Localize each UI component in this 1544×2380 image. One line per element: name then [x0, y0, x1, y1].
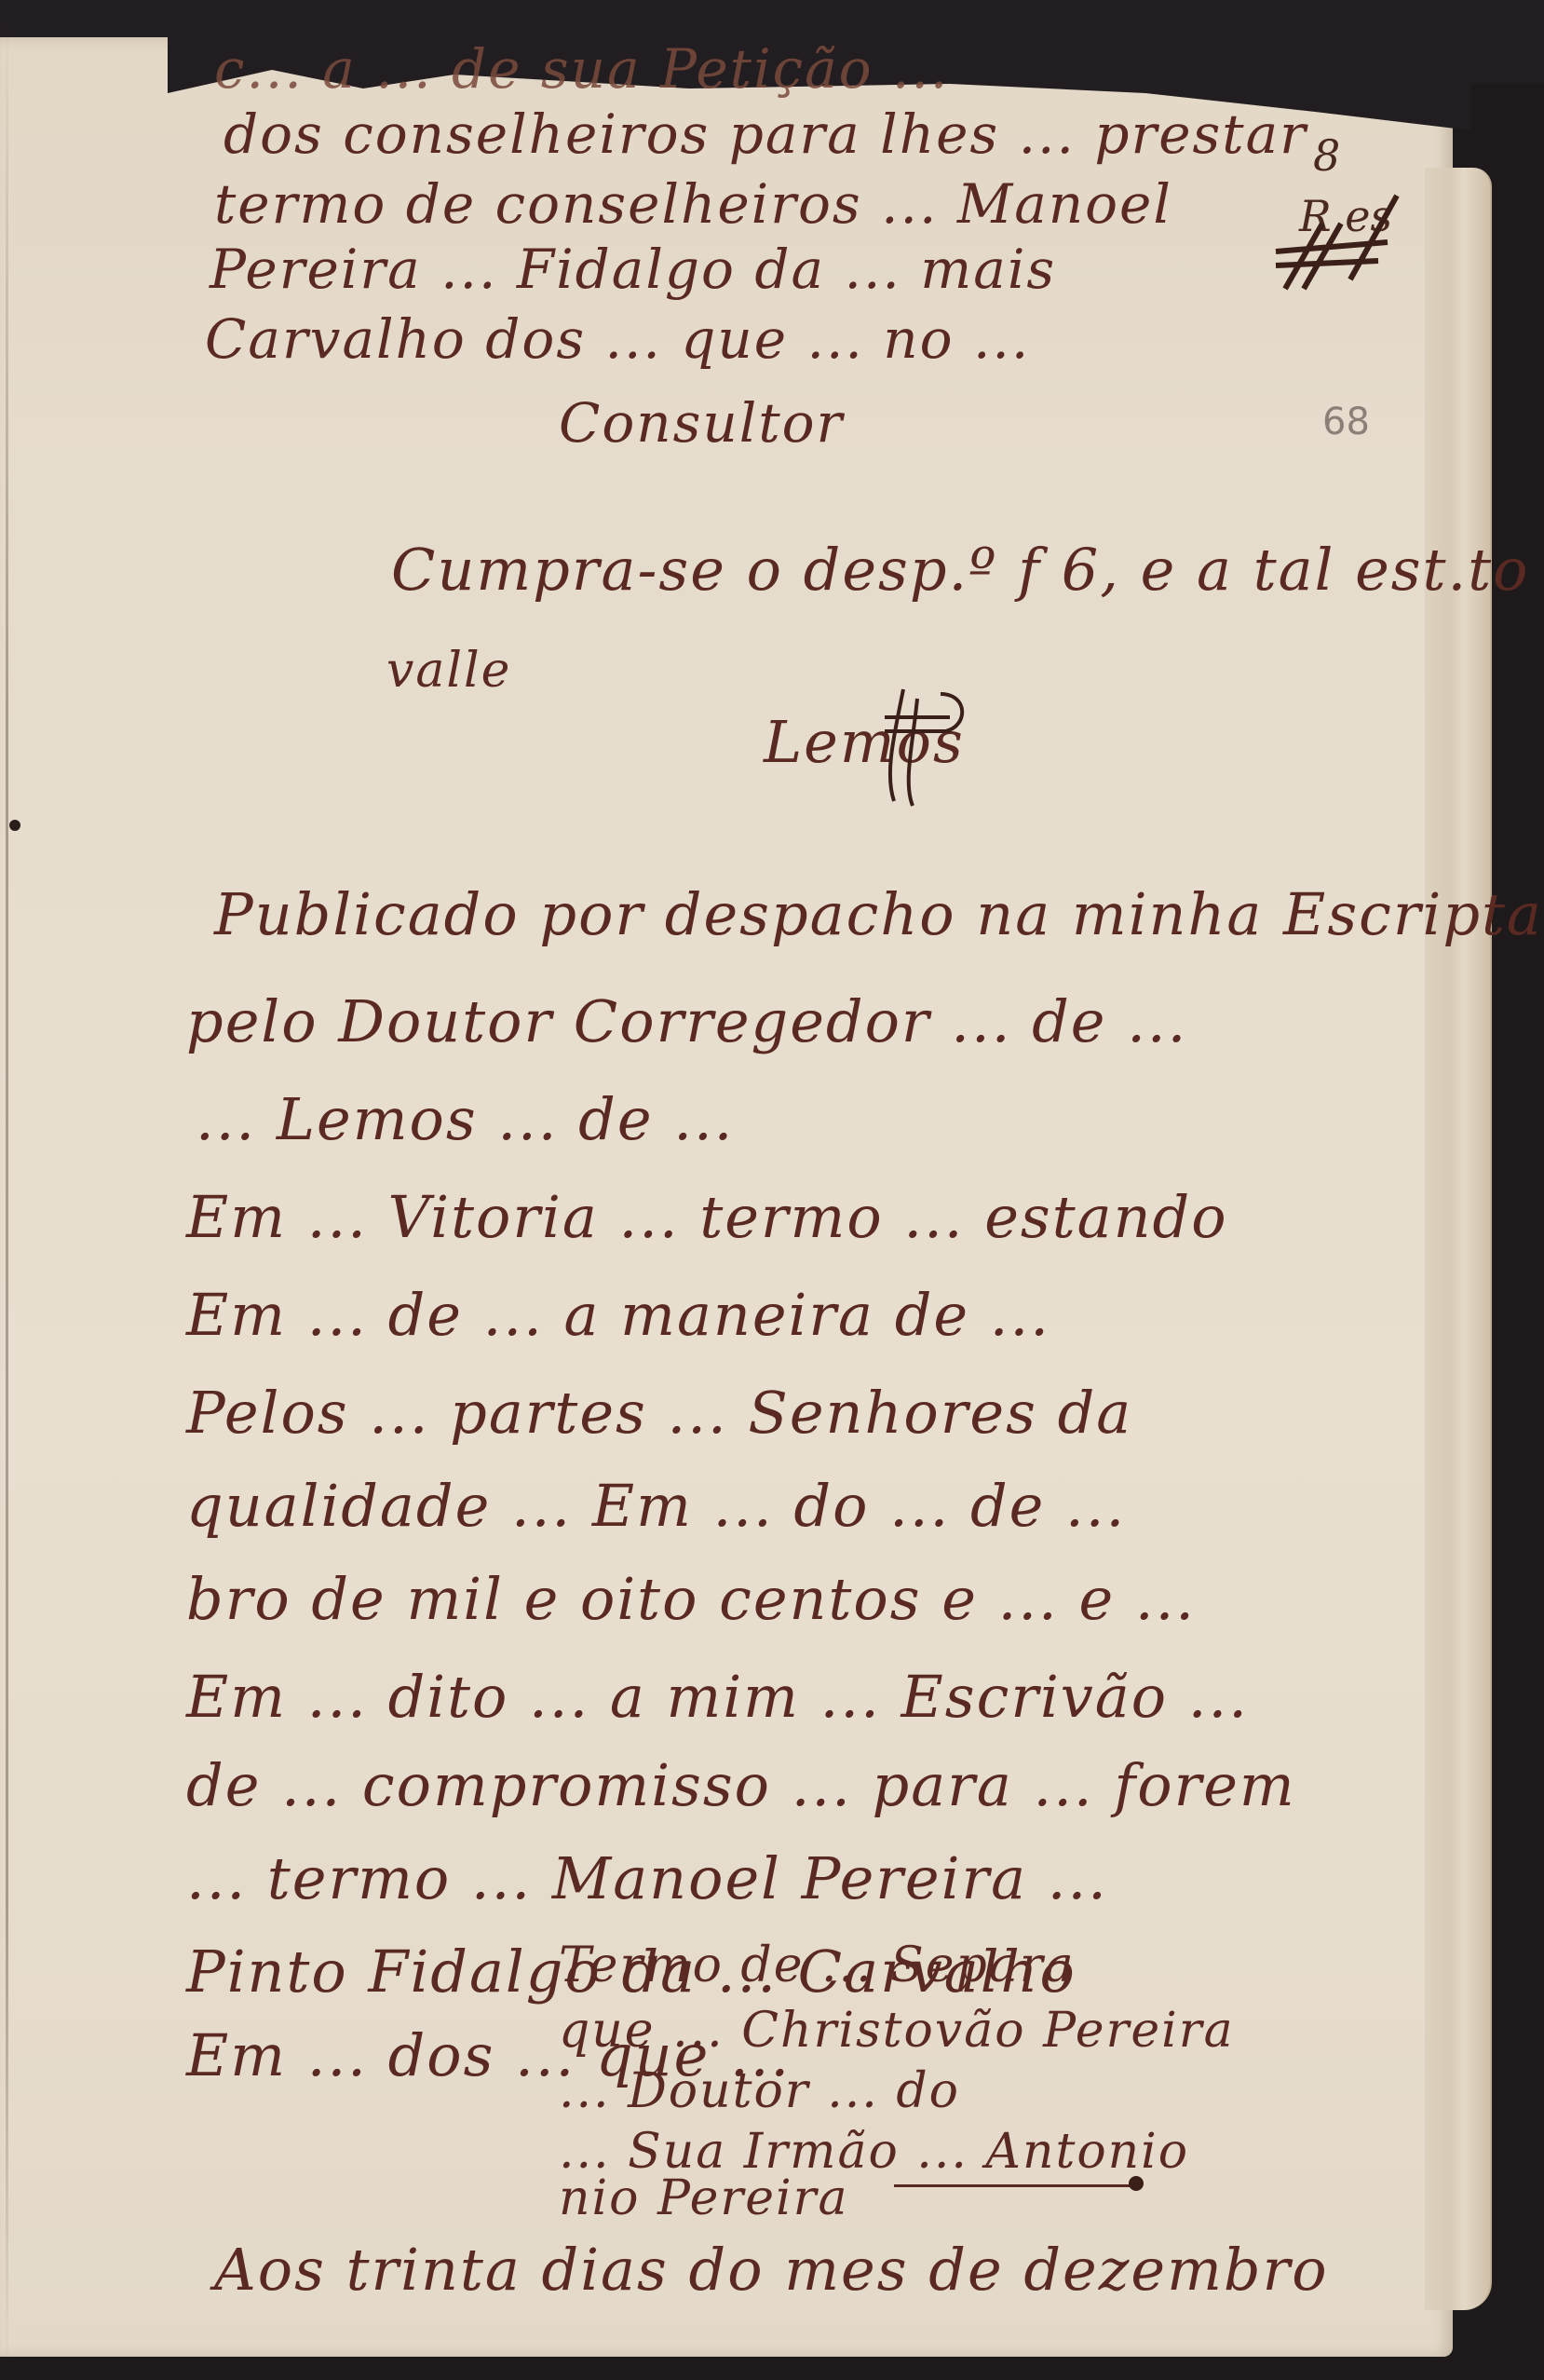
- body-line: pelo Doutor Corregedor ... de ...: [186, 987, 1187, 1055]
- margin-note: 8: [1313, 130, 1340, 181]
- dispatch-line: Cumpra-se o desp.º f 6, e a tal est.to: [391, 536, 1530, 604]
- header-line: Pereira ... Fidalgo da ... mais: [210, 238, 1056, 301]
- margin-flourish-icon: [1266, 186, 1406, 307]
- header-line: c... a ... de sua Petição ...: [214, 37, 949, 101]
- term-line: que ... Christovão Pereira: [559, 2003, 1235, 2059]
- body-line: Em ... Vitoria ... termo ... estando: [186, 1183, 1228, 1251]
- body-line: bro de mil e oito centos e ... e ...: [186, 1565, 1196, 1633]
- binding-hole: [9, 820, 20, 831]
- body-line: ... termo ... Manoel Pereira ...: [186, 1844, 1108, 1912]
- body-line: ... Lemos ... de ...: [196, 1085, 734, 1153]
- header-line: Consultor: [559, 391, 844, 455]
- term-line: nio Pereira: [559, 2170, 849, 2226]
- term-line: Termo de ... Separa: [559, 1938, 1076, 1993]
- signature-flourish-icon: [866, 680, 968, 810]
- closing-line: Aos trinta dias do mes de dezembro: [214, 2236, 1329, 2304]
- term-line: ... Doutor ... do: [559, 2063, 960, 2119]
- body-line: Em ... dito ... a mim ... Escrivão ...: [186, 1663, 1249, 1731]
- header-line: termo de conselheiros ... Manoel: [214, 172, 1172, 236]
- header-line: dos conselheiros para lhes ... prestar: [223, 102, 1307, 166]
- body-line: Em ... de ... a maneira de ...: [186, 1281, 1050, 1349]
- body-line: Pelos ... partes ... Senhores da: [186, 1379, 1132, 1447]
- folio-number: 68: [1322, 401, 1370, 443]
- dispatch-line: valle: [386, 643, 511, 699]
- closing-rule: [894, 2184, 1136, 2187]
- ink-dot: [1129, 2176, 1144, 2191]
- body-line: de ... compromisso ... para ... forem: [186, 1751, 1296, 1819]
- body-line: Publicado por despacho na minha Escripta: [214, 880, 1543, 948]
- body-line: qualidade ... Em ... do ... de ...: [186, 1472, 1126, 1540]
- header-line: Carvalho dos ... que ... no ...: [205, 307, 1030, 371]
- stacked-page-edges: [1425, 168, 1492, 2310]
- binding-spine: [6, 0, 8, 2380]
